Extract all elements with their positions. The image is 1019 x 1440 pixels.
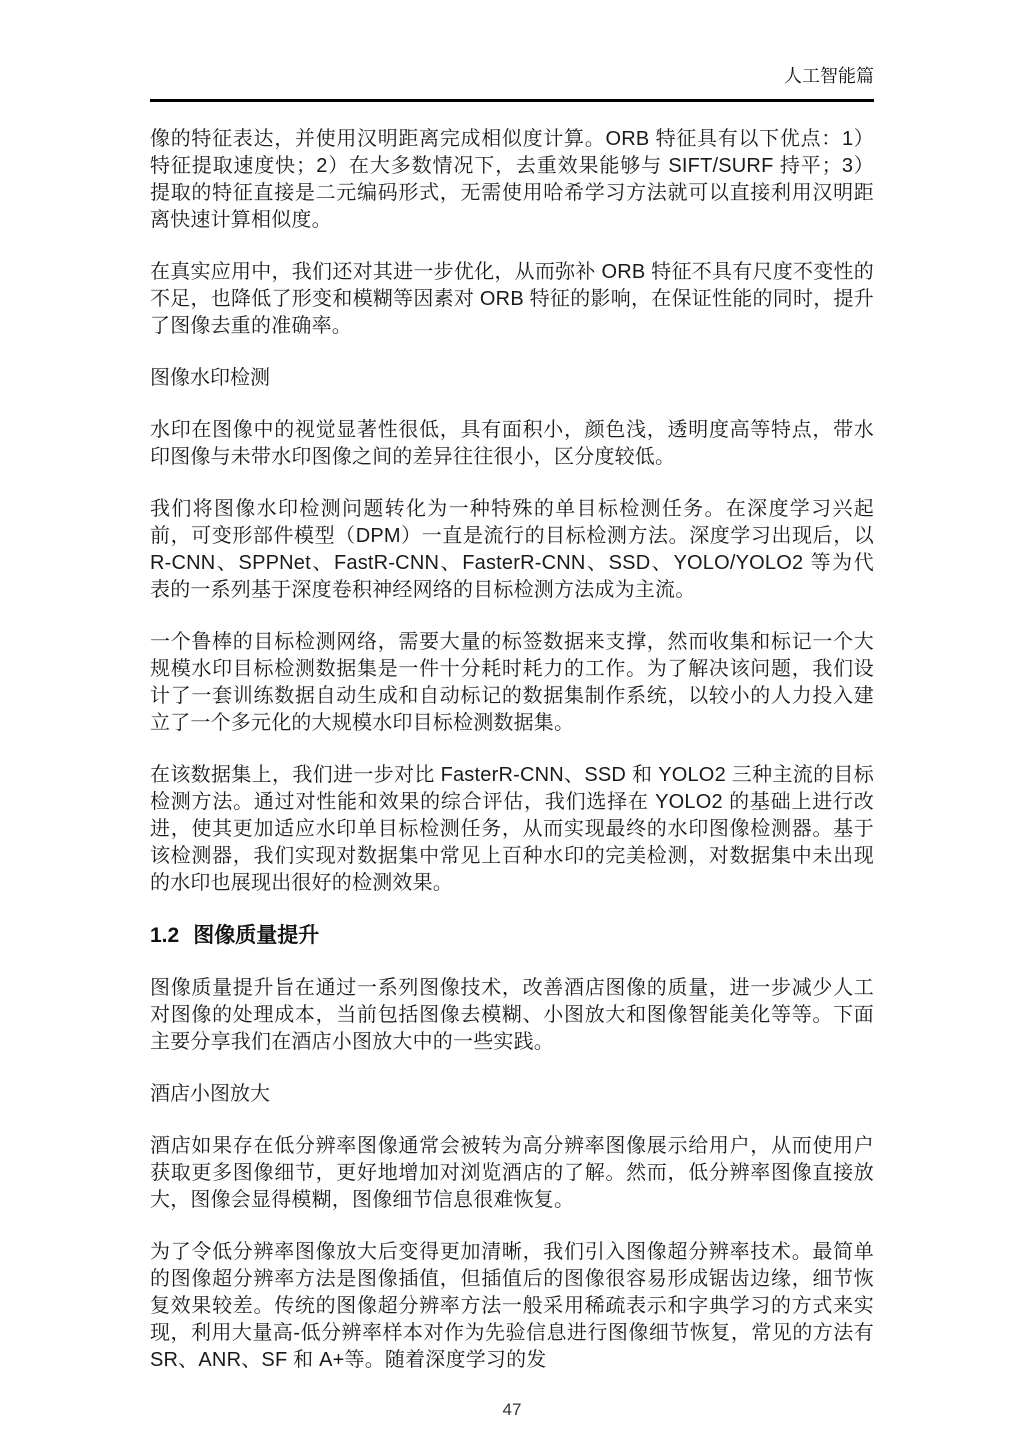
section-title: 图像质量提升: [193, 924, 319, 947]
section-heading-1-2: 1.2图像质量提升: [150, 922, 874, 949]
paragraph: 为了令低分辨率图像放大后变得更加清晰，我们引入图像超分辨率技术。最简单的图像超分…: [150, 1239, 874, 1374]
paragraph: 一个鲁棒的目标检测网络，需要大量的标签数据来支撑，然而收集和标记一个大规模水印目…: [150, 629, 874, 737]
header-rule: [150, 99, 874, 102]
section-number: 1.2: [150, 924, 179, 947]
document-page: 人工智能篇 像的特征表达，并使用汉明距离完成相似度计算。ORB 特征具有以下优点…: [150, 0, 874, 1421]
paragraph: 像的特征表达，并使用汉明距离完成相似度计算。ORB 特征具有以下优点：1）特征提…: [150, 126, 874, 234]
paragraph: 图像质量提升旨在通过一系列图像技术，改善酒店图像的质量，进一步减少人工对图像的处…: [150, 975, 874, 1056]
page-body: 像的特征表达，并使用汉明距离完成相似度计算。ORB 特征具有以下优点：1）特征提…: [150, 126, 874, 1374]
page-number: 47: [503, 1400, 522, 1419]
page-header: 人工智能篇: [150, 64, 874, 88]
page-footer: 47: [150, 1399, 874, 1421]
paragraph: 在真实应用中，我们还对其进一步优化，从而弥补 ORB 特征不具有尺度不变性的不足…: [150, 259, 874, 340]
paragraph: 酒店如果存在低分辨率图像通常会被转为高分辨率图像展示给用户，从而使用户获取更多图…: [150, 1133, 874, 1214]
subheading-watermark-detection: 图像水印检测: [150, 365, 874, 392]
page-header-title: 人工智能篇: [784, 66, 874, 86]
subheading-hotel-image-upscale: 酒店小图放大: [150, 1081, 874, 1108]
paragraph: 在该数据集上，我们进一步对比 FasterR-CNN、SSD 和 YOLO2 三…: [150, 762, 874, 897]
paragraph: 水印在图像中的视觉显著性很低，具有面积小，颜色浅，透明度高等特点，带水印图像与未…: [150, 417, 874, 471]
paragraph: 我们将图像水印检测问题转化为一种特殊的单目标检测任务。在深度学习兴起前，可变形部…: [150, 496, 874, 604]
